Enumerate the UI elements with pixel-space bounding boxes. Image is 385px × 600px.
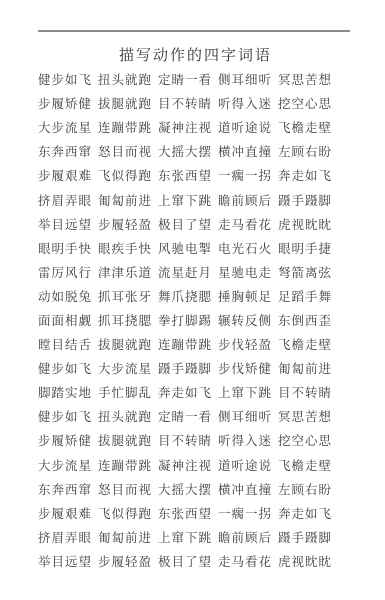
idiom-cell: 道听途说	[218, 118, 278, 136]
idiom-cell: 大摇大摆	[158, 142, 218, 160]
idiom-cell: 东倒西歪	[278, 311, 338, 329]
idiom-cell: 目不转睛	[158, 94, 218, 112]
idiom-cell: 怒目而视	[98, 142, 158, 160]
idiom-cell: 捶胸顿足	[218, 287, 278, 305]
idiom-cell: 飞檐走壁	[278, 335, 338, 353]
idiom-row: 步履矫健拔腿就跑目不转睛听得入迷挖空心思	[38, 428, 358, 452]
idiom-cell: 步履矫健	[38, 431, 98, 449]
top-divider	[38, 30, 350, 32]
idiom-row: 举目远望步履轻盈极目了望走马看花虎视眈眈	[38, 212, 358, 236]
idiom-cell: 步履艰难	[38, 504, 98, 522]
idiom-cell: 弩箭离弦	[278, 263, 338, 281]
idiom-cell: 东奔西窜	[38, 480, 98, 498]
idiom-cell: 健步如飞	[38, 359, 98, 377]
idiom-cell: 足蹈手舞	[278, 287, 338, 305]
idiom-cell: 冥思苦想	[278, 70, 338, 88]
idiom-cell: 连蹦带跳	[158, 335, 218, 353]
idiom-cell: 冥思苦想	[278, 407, 338, 425]
idiom-cell: 连蹦带跳	[98, 118, 158, 136]
idiom-cell: 道听途说	[218, 456, 278, 474]
idiom-cell: 大步流星	[98, 359, 158, 377]
idiom-cell: 手忙脚乱	[98, 383, 158, 401]
idiom-cell: 大摇大摆	[158, 480, 218, 498]
idiom-cell: 星驰电走	[218, 263, 278, 281]
idiom-cell: 一瘸一拐	[218, 166, 278, 184]
idiom-cell: 东奔西窜	[38, 142, 98, 160]
idiom-row: 步履艰难飞似得跑东张西望一瘸一拐奔走如飞	[38, 163, 358, 187]
idiom-cell: 雷厉风行	[38, 263, 98, 281]
idiom-cell: 连蹦带跳	[98, 456, 158, 474]
idiom-cell: 蹑手蹑脚	[158, 359, 218, 377]
idiom-row: 东奔西窜怒目而视大摇大摆横冲直撞左顾右盼	[38, 477, 358, 501]
idiom-cell: 流星赶月	[158, 263, 218, 281]
idiom-list: 健步如飞扭头就跑定睛一看侧耳细听冥思苦想步履矫健拔腿就跑目不转睛听得入迷挖空心思…	[38, 67, 358, 573]
idiom-row: 雷厉风行津津乐道流星赶月星驰电走弩箭离弦	[38, 260, 358, 284]
idiom-cell: 凝神注视	[158, 456, 218, 474]
idiom-cell: 左顾右盼	[278, 480, 338, 498]
idiom-cell: 大步流星	[38, 118, 98, 136]
idiom-cell: 东张西望	[158, 504, 218, 522]
idiom-cell: 飞檐走壁	[278, 456, 338, 474]
idiom-cell: 抓耳挠腮	[98, 311, 158, 329]
idiom-cell: 眼疾手快	[98, 239, 158, 257]
idiom-cell: 定睛一看	[158, 70, 218, 88]
idiom-cell: 匍匐前进	[98, 528, 158, 546]
idiom-cell: 目不转睛	[158, 431, 218, 449]
idiom-cell: 拔腿就跑	[98, 335, 158, 353]
idiom-cell: 瞻前顾后	[218, 528, 278, 546]
idiom-cell: 拔腿就跑	[98, 431, 158, 449]
idiom-cell: 步履艰难	[38, 166, 98, 184]
idiom-cell: 面面相觑	[38, 311, 98, 329]
idiom-cell: 听得入迷	[218, 94, 278, 112]
idiom-cell: 横冲直撞	[218, 142, 278, 160]
idiom-row: 挤眉弄眼匍匐前进上窜下跳瞻前顾后蹑手蹑脚	[38, 187, 358, 211]
idiom-cell: 目不转睛	[278, 383, 338, 401]
idiom-cell: 上窜下跳	[158, 191, 218, 209]
idiom-row: 健步如飞大步流星蹑手蹑脚步伐矫健匍匐前进	[38, 356, 358, 380]
idiom-cell: 飞似得跑	[98, 504, 158, 522]
idiom-cell: 辗转反侧	[218, 311, 278, 329]
idiom-cell: 蹑手蹑脚	[278, 191, 338, 209]
idiom-row: 东奔西窜怒目而视大摇大摆横冲直撞左顾右盼	[38, 139, 358, 163]
idiom-cell: 蹑手蹑脚	[278, 528, 338, 546]
idiom-row: 挤眉弄眼匍匐前进上窜下跳瞻前顾后蹑手蹑脚	[38, 525, 358, 549]
idiom-cell: 匍匐前进	[98, 191, 158, 209]
idiom-cell: 奔走如飞	[278, 504, 338, 522]
idiom-cell: 怒目而视	[98, 480, 158, 498]
idiom-row: 眼明手快眼疾手快风驰电掣电光石火眼明手捷	[38, 236, 358, 260]
idiom-cell: 津津乐道	[98, 263, 158, 281]
idiom-cell: 健步如飞	[38, 70, 98, 88]
idiom-row: 举目远望步履轻盈极目了望走马看花虎视眈眈	[38, 549, 358, 573]
idiom-cell: 舞爪挠腮	[158, 287, 218, 305]
idiom-cell: 举目远望	[38, 552, 98, 570]
idiom-cell: 极目了望	[158, 552, 218, 570]
idiom-cell: 动如脱兔	[38, 287, 98, 305]
idiom-row: 步履矫健拔腿就跑目不转睛听得入迷挖空心思	[38, 91, 358, 115]
idiom-cell: 步伐轻盈	[218, 335, 278, 353]
idiom-cell: 上窜下跳	[158, 528, 218, 546]
idiom-cell: 左顾右盼	[278, 142, 338, 160]
idiom-cell: 奔走如飞	[278, 166, 338, 184]
idiom-cell: 举目远望	[38, 215, 98, 233]
idiom-cell: 扭头就跑	[98, 407, 158, 425]
idiom-cell: 极目了望	[158, 215, 218, 233]
idiom-cell: 侧耳细听	[218, 407, 278, 425]
idiom-cell: 挖空心思	[278, 431, 338, 449]
idiom-row: 健步如飞扭头就跑定睛一看侧耳细听冥思苦想	[38, 67, 358, 91]
idiom-row: 大步流星连蹦带跳凝神注视道听途说飞檐走壁	[38, 453, 358, 477]
idiom-cell: 听得入迷	[218, 431, 278, 449]
idiom-cell: 电光石火	[218, 239, 278, 257]
idiom-cell: 健步如飞	[38, 407, 98, 425]
idiom-cell: 飞檐走壁	[278, 118, 338, 136]
idiom-cell: 上窜下跳	[218, 383, 278, 401]
idiom-cell: 虎视眈眈	[278, 552, 338, 570]
idiom-row: 健步如飞扭头就跑定睛一看侧耳细听冥思苦想	[38, 404, 358, 428]
idiom-cell: 步履轻盈	[98, 552, 158, 570]
idiom-cell: 走马看花	[218, 552, 278, 570]
idiom-cell: 瞠目结舌	[38, 335, 98, 353]
idiom-cell: 眼明手快	[38, 239, 98, 257]
idiom-row: 面面相觑抓耳挠腮拳打脚踢辗转反侧东倒西歪	[38, 308, 358, 332]
idiom-cell: 风驰电掣	[158, 239, 218, 257]
idiom-cell: 挖空心思	[278, 94, 338, 112]
idiom-cell: 抓耳张牙	[98, 287, 158, 305]
idiom-cell: 挤眉弄眼	[38, 191, 98, 209]
idiom-cell: 走马看花	[218, 215, 278, 233]
idiom-row: 脚踏实地手忙脚乱奔走如飞上窜下跳目不转睛	[38, 380, 358, 404]
idiom-cell: 一瘸一拐	[218, 504, 278, 522]
idiom-row: 步履艰难飞似得跑东张西望一瘸一拐奔走如飞	[38, 501, 358, 525]
idiom-cell: 步履矫健	[38, 94, 98, 112]
idiom-cell: 拔腿就跑	[98, 94, 158, 112]
idiom-row: 动如脱兔抓耳张牙舞爪挠腮捶胸顿足足蹈手舞	[38, 284, 358, 308]
idiom-cell: 拳打脚踢	[158, 311, 218, 329]
idiom-cell: 眼明手捷	[278, 239, 338, 257]
idiom-cell: 瞻前顾后	[218, 191, 278, 209]
idiom-cell: 大步流星	[38, 456, 98, 474]
idiom-cell: 东张西望	[158, 166, 218, 184]
idiom-cell: 步履轻盈	[98, 215, 158, 233]
idiom-cell: 挤眉弄眼	[38, 528, 98, 546]
idiom-row: 大步流星连蹦带跳凝神注视道听途说飞檐走壁	[38, 115, 358, 139]
idiom-row: 瞠目结舌拔腿就跑连蹦带跳步伐轻盈飞檐走壁	[38, 332, 358, 356]
page-title: 描写动作的四字词语	[0, 44, 385, 65]
idiom-cell: 虎视眈眈	[278, 215, 338, 233]
idiom-cell: 奔走如飞	[158, 383, 218, 401]
idiom-cell: 飞似得跑	[98, 166, 158, 184]
idiom-cell: 凝神注视	[158, 118, 218, 136]
idiom-cell: 步伐矫健	[218, 359, 278, 377]
idiom-cell: 侧耳细听	[218, 70, 278, 88]
idiom-cell: 扭头就跑	[98, 70, 158, 88]
idiom-cell: 定睛一看	[158, 407, 218, 425]
idiom-cell: 匍匐前进	[278, 359, 338, 377]
idiom-cell: 脚踏实地	[38, 383, 98, 401]
idiom-cell: 横冲直撞	[218, 480, 278, 498]
